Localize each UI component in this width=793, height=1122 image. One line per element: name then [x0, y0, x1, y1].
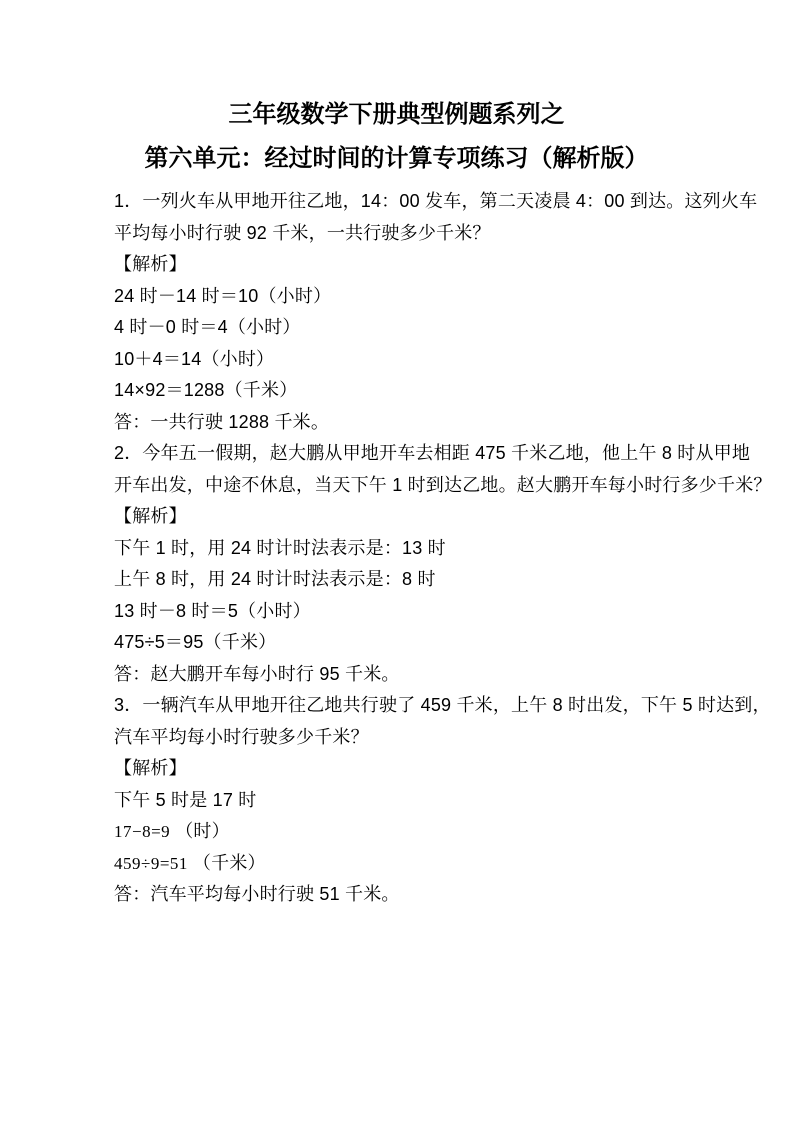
solution-line: 13 时－8 时＝5（小时） [114, 596, 679, 628]
question-line: 3．一辆汽车从甲地开往乙地共行驶了 459 千米，上午 8 时出发，下午 5 时… [114, 690, 679, 722]
question-line: 汽车平均每小时行驶多少千米？ [114, 722, 679, 754]
solution-line: 14×92＝1288（千米） [114, 375, 679, 407]
question-line: 2．今年五一假期，赵大鹏从甲地开车去相距 475 千米乙地，他上午 8 时从甲地 [114, 438, 679, 470]
question-line: 平均每小时行驶 92 千米，一共行驶多少千米？ [114, 218, 679, 250]
equation-math: 459÷9=51 [114, 854, 188, 873]
document-page: 三年级数学下册典型例题系列之 第六单元：经过时间的计算专项练习（解析版） 1．一… [0, 0, 793, 1122]
problem-2: 2．今年五一假期，赵大鹏从甲地开车去相距 475 千米乙地，他上午 8 时从甲地… [114, 438, 679, 690]
problem-3: 3．一辆汽车从甲地开往乙地共行驶了 459 千米，上午 8 时出发，下午 5 时… [114, 690, 679, 911]
document-title-line-2: 第六单元：经过时间的计算专项练习（解析版） [114, 144, 679, 174]
solution-line: 下午 5 时是 17 时 [114, 785, 679, 817]
equation-line: 459÷9=51（千米） [114, 848, 679, 880]
document-body: 三年级数学下册典型例题系列之 第六单元：经过时间的计算专项练习（解析版） 1．一… [114, 100, 679, 911]
solution-line: 475÷5＝95（千米） [114, 627, 679, 659]
solution-line: 4 时－0 时＝4（小时） [114, 312, 679, 344]
answer-line: 答：汽车平均每小时行驶 51 千米。 [114, 879, 679, 911]
equation-unit: （时） [175, 821, 230, 841]
equation-unit: （千米） [193, 853, 266, 873]
equation-line: 17−8=9（时） [114, 816, 679, 848]
problem-1: 1．一列火车从甲地开往乙地，14：00 发车，第二天凌晨 4：00 到达。这列火… [114, 186, 679, 438]
analysis-label: 【解析】 [114, 249, 679, 281]
analysis-label: 【解析】 [114, 753, 679, 785]
solution-line: 下午 1 时，用 24 时计时法表示是：13 时 [114, 533, 679, 565]
solution-line: 24 时－14 时＝10（小时） [114, 281, 679, 313]
question-line: 开车出发，中途不休息，当天下午 1 时到达乙地。赵大鹏开车每小时行多少千米？ [114, 470, 679, 502]
question-line: 1．一列火车从甲地开往乙地，14：00 发车，第二天凌晨 4：00 到达。这列火… [114, 186, 679, 218]
answer-line: 答：一共行驶 1288 千米。 [114, 407, 679, 439]
solution-line: 上午 8 时，用 24 时计时法表示是：8 时 [114, 564, 679, 596]
answer-line: 答：赵大鹏开车每小时行 95 千米。 [114, 659, 679, 691]
solution-line: 10＋4＝14（小时） [114, 344, 679, 376]
analysis-label: 【解析】 [114, 501, 679, 533]
document-title-line-1: 三年级数学下册典型例题系列之 [114, 100, 679, 130]
problems-container: 1．一列火车从甲地开往乙地，14：00 发车，第二天凌晨 4：00 到达。这列火… [114, 186, 679, 911]
equation-math: 17−8=9 [114, 822, 170, 841]
